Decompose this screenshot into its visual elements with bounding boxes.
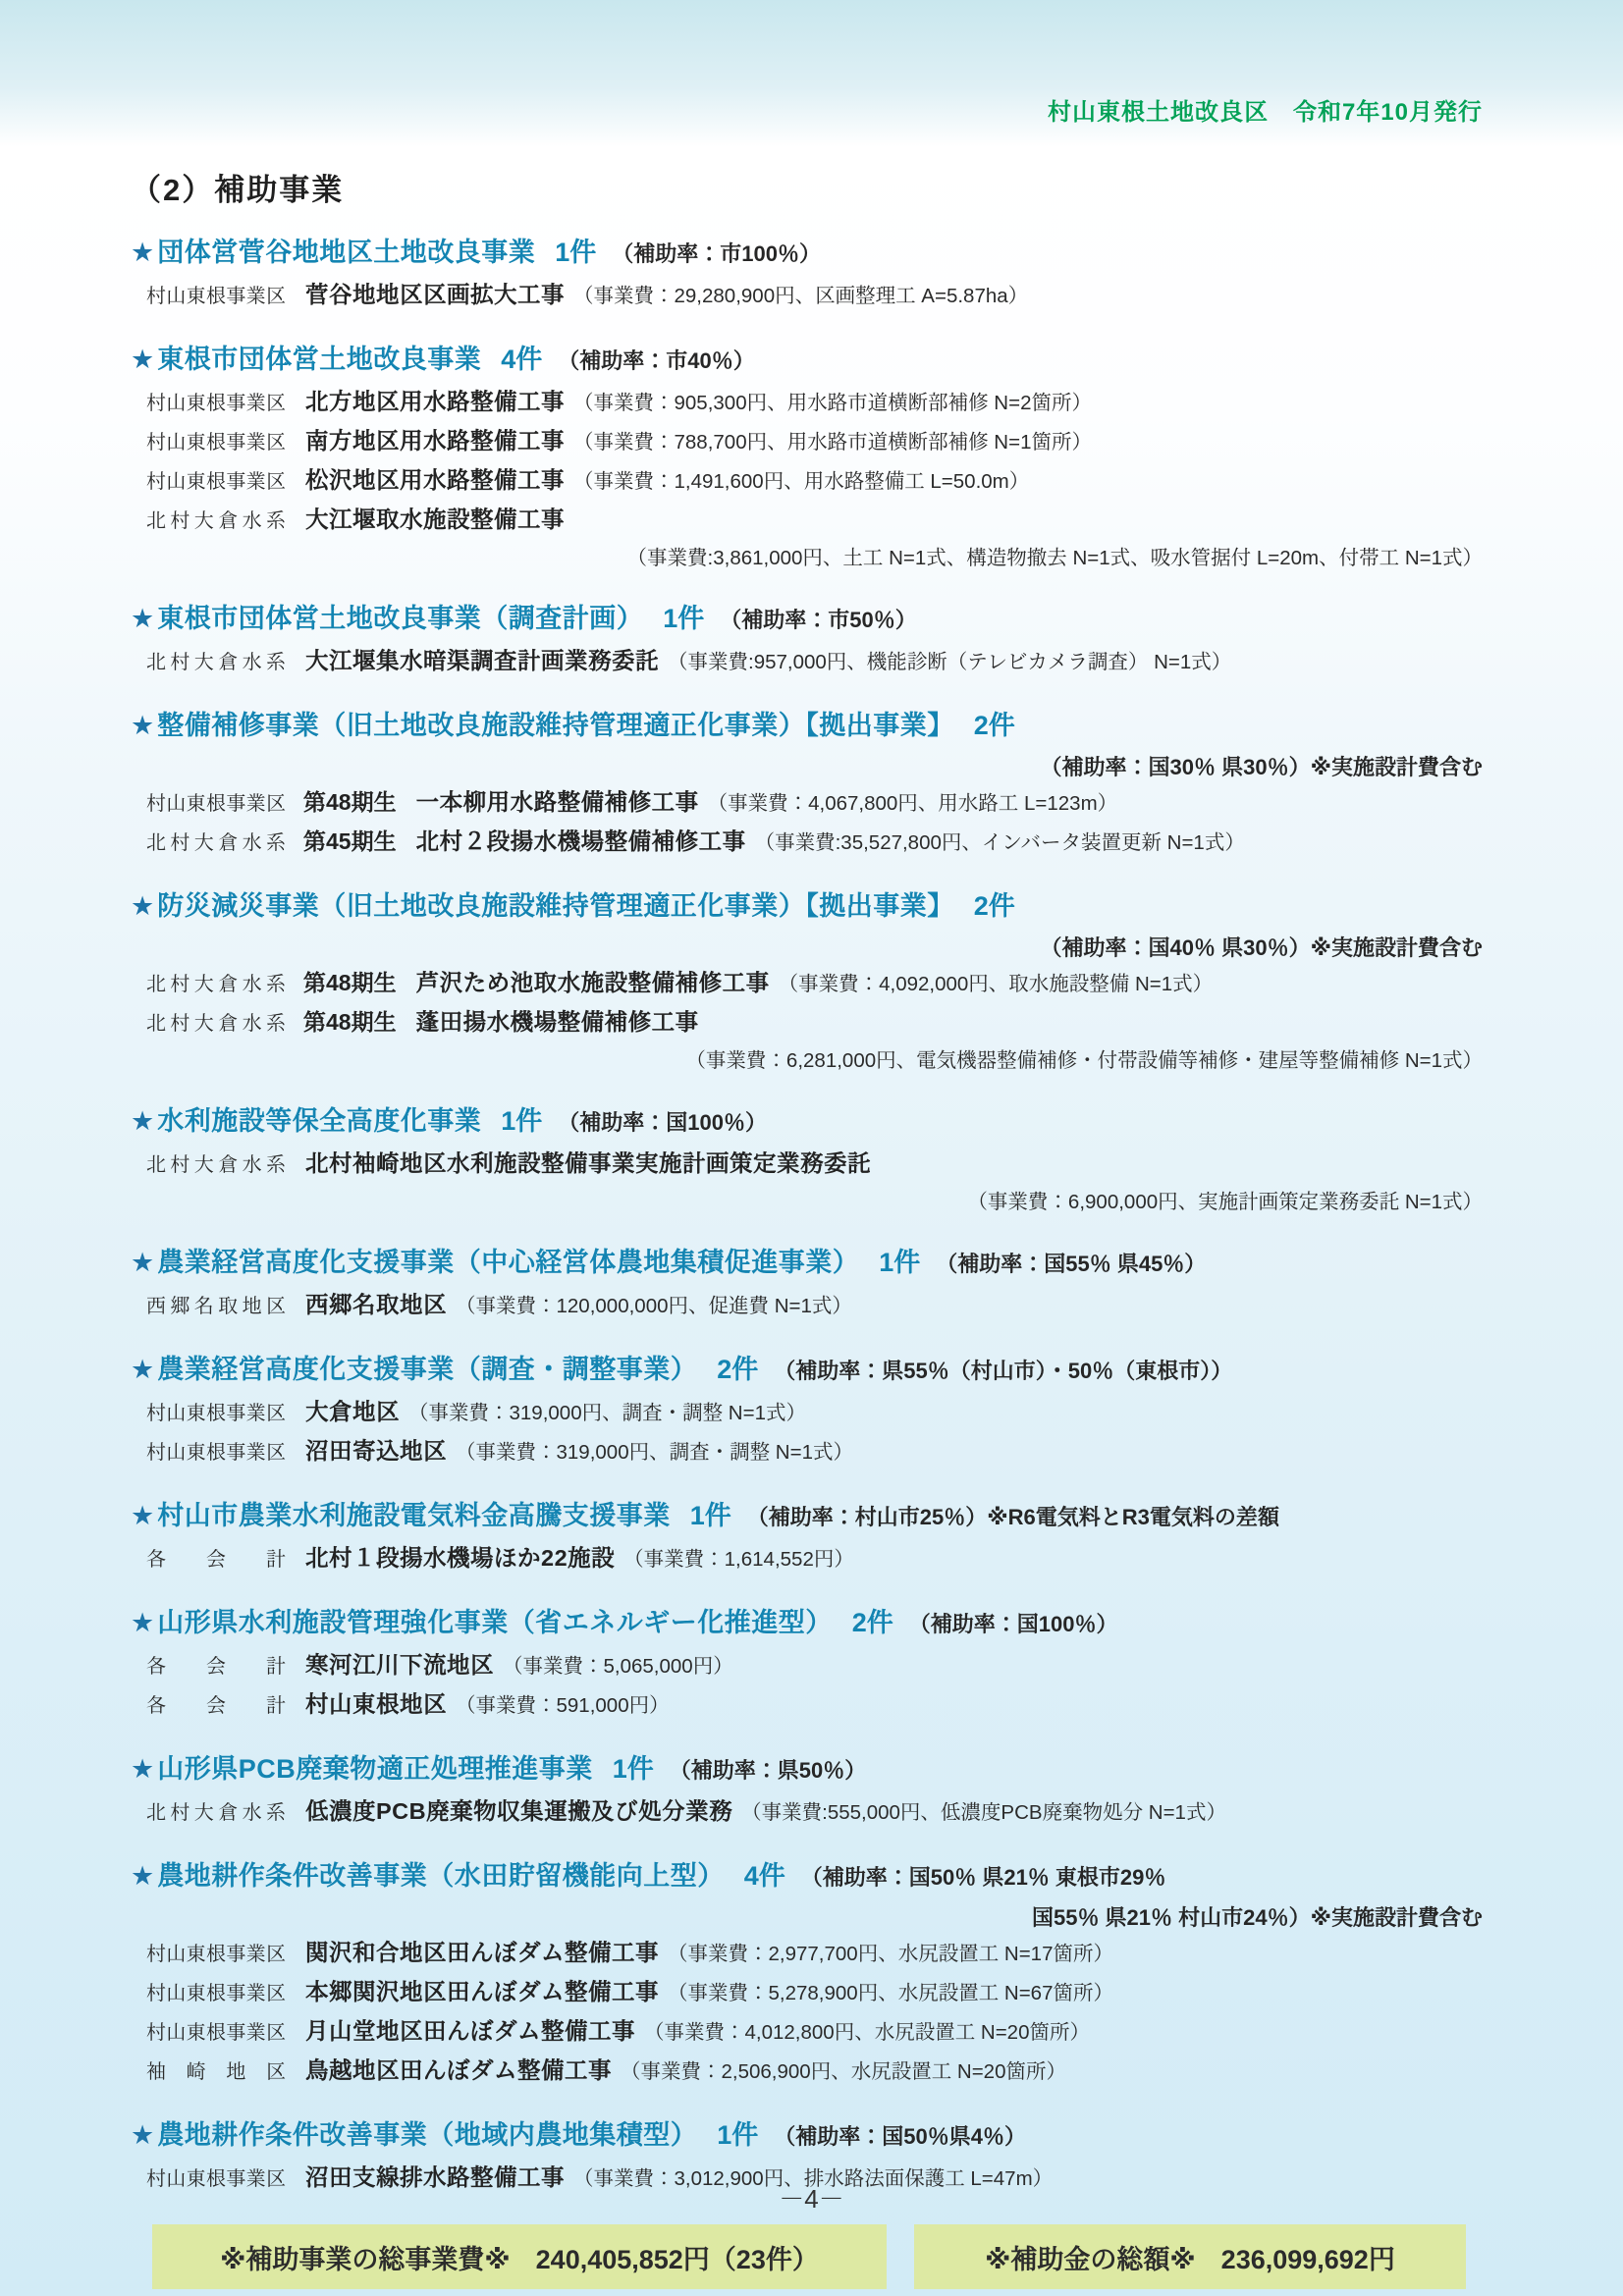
project-detail: （事業費：591,000円） — [456, 1694, 670, 1717]
section-rate: （補助率：国100％） — [909, 1612, 1118, 1636]
subsidy-section: ★村山市農業水利施設電気料金高騰支援事業1件（補助率：村山市25％）※R6電気料… — [131, 1496, 1483, 1579]
project-detail-line: （事業費:3,861,000円、土工 N=1式、構造物撤去 N=1式、吸水管据付… — [131, 541, 1483, 575]
subsidy-section: ★団体営菅谷地地区土地改良事業1件（補助率：市100％） 村山東根事業区菅谷地地… — [131, 233, 1483, 316]
section-header: ★東根市団体営土地改良事業4件（補助率：市40％） — [131, 340, 1483, 384]
section-count: 1件 — [555, 238, 596, 267]
star-icon: ★ — [131, 1501, 154, 1530]
row-label: 北村大倉水系 — [146, 504, 286, 539]
section-rate-line2: 国55％ 県21％ 村山市24％）※実施設計費含む — [131, 1900, 1483, 1935]
star-icon: ★ — [131, 1106, 154, 1136]
row-label: 村山東根事業区 — [146, 1396, 286, 1431]
section-count: 1件 — [690, 1501, 731, 1530]
total-cost-value: 240,405,852円（23件） — [536, 2238, 819, 2276]
row-label: 各会計 — [146, 1649, 286, 1684]
totals-row: ※補助事業の総事業費※ 240,405,852円（23件） ※補助金の総額※ 2… — [152, 2224, 1483, 2289]
project-detail: （事業費：4,012,800円、水尻設置工 N=20箇所） — [644, 2021, 1090, 2044]
project-name: 鳥越地区田んぼダム整備工事 — [305, 2057, 612, 2083]
project-detail-line: （事業費：6,281,000円、電気機器整備補修・付帯設備等補修・建屋等整備補修… — [131, 1043, 1483, 1078]
row-label: 村山東根事業区 — [146, 425, 286, 460]
project-detail: （事業費:957,000円、機能診断（テレビカメラ調査） N=1式） — [668, 651, 1231, 673]
project-row: 北村大倉水系大江堰取水施設整備工事 — [131, 502, 1483, 541]
total-cost-label: ※補助事業の総事業費※ — [220, 2238, 511, 2276]
section-rate: （補助率：市50％） — [720, 608, 916, 632]
project-row: 北村大倉水系第48期生芦沢ため池取水施設整備補修工事（事業費：4,092,000… — [131, 965, 1483, 1004]
star-icon: ★ — [131, 1355, 154, 1384]
row-label: 村山東根事業区 — [146, 1976, 286, 2011]
row-label: 村山東根事業区 — [146, 386, 286, 421]
star-icon: ★ — [131, 1248, 154, 1277]
project-name: 大江堰取水施設整備工事 — [305, 507, 565, 532]
total-cost-box: ※補助事業の総事業費※ 240,405,852円（23件） — [152, 2224, 887, 2289]
section-rate: （補助率：国50％県4％） — [774, 2124, 1026, 2149]
row-label: 袖崎地区 — [146, 2055, 286, 2090]
section-rate-line2: （補助率：国30％ 県30％）※実施設計費含む — [131, 750, 1483, 784]
row-label: 北村大倉水系 — [146, 967, 286, 1002]
section-header: ★農地耕作条件改善事業（水田貯留機能向上型）4件（補助率：国50％ 県21％ 東… — [131, 1856, 1483, 1900]
project-name: 一本柳用水路整備補修工事 — [416, 789, 699, 815]
star-icon: ★ — [131, 711, 154, 740]
section-count: 4件 — [744, 1861, 785, 1891]
row-label: 村山東根事業区 — [146, 279, 286, 314]
project-detail: （事業費：788,700円、用水路市道横断部補修 N=1箇所） — [573, 431, 1092, 454]
project-row: 村山東根事業区沼田寄込地区（事業費：319,000円、調査・調整 N=1式） — [131, 1433, 1483, 1472]
newsletter-page: { "page": { "publisher_line": "村山東根土地改良区… — [0, 0, 1623, 2296]
row-label: 村山東根事業区 — [146, 786, 286, 822]
subsidy-section: ★山形県PCB廃棄物適正処理推進事業1件（補助率：県50％） 北村大倉水系低濃度… — [131, 1749, 1483, 1833]
section-header: ★水利施設等保全高度化事業1件（補助率：国100％） — [131, 1101, 1483, 1146]
publisher-line: 村山東根土地改良区 令和7年10月発行 — [1048, 92, 1483, 127]
star-icon: ★ — [131, 345, 154, 374]
subsidy-section: ★防災減災事業（旧土地改良施設維持管理適正化事業）【拠出事業】2件 （補助率：国… — [131, 886, 1483, 1078]
project-name: 南方地区用水路整備工事 — [305, 428, 565, 454]
project-detail-line: （事業費：6,900,000円、実施計画策定業務委託 N=1式） — [131, 1185, 1483, 1219]
section-count: 1件 — [879, 1248, 920, 1277]
project-row: 各会計村山東根地区（事業費：591,000円） — [131, 1686, 1483, 1726]
project-name: 菅谷地地区区画拡大工事 — [305, 282, 565, 307]
project-row: 西郷名取地区西郷名取地区（事業費：120,000,000円、促進費 N=1式） — [131, 1287, 1483, 1326]
star-icon: ★ — [131, 1754, 154, 1784]
row-label: 村山東根事業区 — [146, 2015, 286, 2051]
star-icon: ★ — [131, 2120, 154, 2150]
row-label: 各会計 — [146, 1542, 286, 1577]
project-name: 村山東根地区 — [305, 1691, 447, 1717]
project-row: 村山東根事業区菅谷地地区区画拡大工事（事業費：29,280,900円、区画整理工… — [131, 277, 1483, 316]
project-name: 芦沢ため池取水施設整備補修工事 — [416, 970, 770, 995]
project-name: 北方地区用水路整備工事 — [305, 389, 565, 414]
project-row: 北村大倉水系大江堰集水暗渠調査計画業務委託（事業費:957,000円、機能診断（… — [131, 643, 1483, 682]
subsidy-section: ★東根市団体営土地改良事業（調査計画）1件（補助率：市50％） 北村大倉水系大江… — [131, 599, 1483, 682]
project-name: 寒河江川下流地区 — [305, 1652, 494, 1678]
row-label: 北村大倉水系 — [146, 645, 286, 680]
project-name: 関沢和合地区田んぼダム整備工事 — [305, 1940, 659, 1965]
project-detail: （事業費：319,000円、調査・調整 N=1式） — [456, 1441, 853, 1464]
section-title: 農業経営高度化支援事業（中心経営体農地集積促進事業） — [157, 1248, 859, 1277]
row-label: 村山東根事業区 — [146, 1435, 286, 1470]
project-name: 大倉地区 — [305, 1399, 400, 1424]
project-detail: （事業費：5,065,000円） — [503, 1655, 733, 1678]
project-name: 月山堂地区田んぼダム整備工事 — [305, 2018, 635, 2044]
section-rate-line2: （補助率：国40％ 県30％）※実施設計費含む — [131, 931, 1483, 965]
section-rate: （補助率：県55％（村山市）・50％（東根市）） — [774, 1359, 1232, 1383]
section-title: 村山市農業水利施設電気料金高騰支援事業 — [157, 1501, 671, 1530]
term-label: 第45期生 — [303, 828, 397, 854]
project-detail: （事業費：5,278,900円、水尻設置工 N=67箇所） — [668, 1982, 1113, 2004]
project-detail: （事業費：120,000,000円、促進費 N=1式） — [456, 1295, 852, 1317]
section-header: ★山形県水利施設管理強化事業（省エネルギー化推進型）2件（補助率：国100％） — [131, 1603, 1483, 1647]
subsidy-section: ★東根市団体営土地改良事業4件（補助率：市40％） 村山東根事業区北方地区用水路… — [131, 340, 1483, 575]
row-label: 西郷名取地区 — [146, 1289, 286, 1324]
subsidy-section: ★農地耕作条件改善事業（水田貯留機能向上型）4件（補助率：国50％ 県21％ 東… — [131, 1856, 1483, 2092]
section-rate: （補助率：国50％ 県21％ 東根市29％ — [801, 1865, 1166, 1890]
star-icon: ★ — [131, 604, 154, 633]
project-row: 北村大倉水系第45期生北村２段揚水機場整備補修工事（事業費:35,527,800… — [131, 824, 1483, 863]
project-row: 村山東根事業区大倉地区（事業費：319,000円、調査・調整 N=1式） — [131, 1394, 1483, 1433]
subsidy-section: ★農業経営高度化支援事業（調査・調整事業）2件（補助率：県55％（村山市）・50… — [131, 1350, 1483, 1472]
section-count: 1件 — [717, 2120, 758, 2150]
project-name: 大江堰集水暗渠調査計画業務委託 — [305, 648, 659, 673]
project-row: 各会計寒河江川下流地区（事業費：5,065,000円） — [131, 1647, 1483, 1686]
section-title: 防災減災事業（旧土地改良施設維持管理適正化事業）【拠出事業】 — [157, 891, 954, 921]
section-count: 1件 — [613, 1754, 654, 1784]
project-detail: （事業費:555,000円、低濃度PCB廃棄物処分 N=1式） — [741, 1801, 1226, 1824]
star-icon: ★ — [131, 1608, 154, 1637]
project-detail: （事業費：29,280,900円、区画整理工 A=5.87ha） — [573, 285, 1028, 307]
section-header: ★防災減災事業（旧土地改良施設維持管理適正化事業）【拠出事業】2件 — [131, 886, 1483, 931]
section-title: 山形県水利施設管理強化事業（省エネルギー化推進型） — [157, 1608, 833, 1637]
section-title: 山形県PCB廃棄物適正処理推進事業 — [157, 1754, 593, 1784]
section-count: 1件 — [501, 1106, 542, 1136]
total-subsidy-label: ※補助金の総額※ — [985, 2238, 1196, 2276]
section-count: 4件 — [501, 345, 542, 374]
section-title: 農地耕作条件改善事業（水田貯留機能向上型） — [157, 1861, 725, 1891]
subsidy-section: ★水利施設等保全高度化事業1件（補助率：国100％） 北村大倉水系北村袖崎地区水… — [131, 1101, 1483, 1219]
star-icon: ★ — [131, 238, 154, 267]
project-name: 沼田寄込地区 — [305, 1438, 447, 1464]
section-title: 整備補修事業（旧土地改良施設維持管理適正化事業）【拠出事業】 — [157, 711, 954, 740]
section-title: 東根市団体営土地改良事業 — [157, 345, 481, 374]
project-detail: （事業費：4,067,800円、用水路工 L=123m） — [708, 792, 1118, 815]
section-header: ★団体営菅谷地地区土地改良事業1件（補助率：市100％） — [131, 233, 1483, 277]
section-rate: （補助率：村山市25％）※R6電気料とR3電気料の差額 — [747, 1505, 1279, 1529]
section-header: ★整備補修事業（旧土地改良施設維持管理適正化事業）【拠出事業】2件 — [131, 706, 1483, 750]
row-label: 北村大倉水系 — [146, 1006, 286, 1041]
section-count: 2件 — [974, 711, 1015, 740]
project-name: 北村袖崎地区水利施設整備事業実施計画策定業務委託 — [305, 1150, 871, 1176]
project-detail: （事業費：2,977,700円、水尻設置工 N=17箇所） — [668, 1943, 1113, 1965]
project-row: 北村大倉水系北村袖崎地区水利施設整備事業実施計画策定業務委託 — [131, 1146, 1483, 1185]
project-row: 北村大倉水系低濃度PCB廃棄物収集運搬及び処分業務（事業費:555,000円、低… — [131, 1793, 1483, 1833]
section-rate: （補助率：県50％） — [670, 1758, 866, 1783]
section-title: 団体営菅谷地地区土地改良事業 — [157, 238, 535, 267]
row-label: 村山東根事業区 — [146, 464, 286, 500]
project-name: 蓬田揚水機場整備補修工事 — [416, 1009, 699, 1035]
section-rate: （補助率：市100％） — [612, 241, 821, 266]
project-row: 北村大倉水系第48期生蓬田揚水機場整備補修工事 — [131, 1004, 1483, 1043]
total-subsidy-value: 236,099,692円 — [1221, 2238, 1395, 2276]
project-row: 村山東根事業区月山堂地区田んぼダム整備工事（事業費：4,012,800円、水尻設… — [131, 2013, 1483, 2053]
term-label: 第48期生 — [303, 789, 397, 815]
project-name: 北村１段揚水機場ほか22施設 — [305, 1545, 615, 1571]
section-count: 1件 — [663, 604, 704, 633]
page-title: （2）補助事業 — [131, 165, 1483, 209]
section-title: 水利施設等保全高度化事業 — [157, 1106, 481, 1136]
project-name: 本郷関沢地区田んぼダム整備工事 — [305, 1979, 659, 2004]
row-label: 北村大倉水系 — [146, 826, 286, 861]
term-label: 第48期生 — [303, 970, 397, 995]
project-row: 袖崎地区鳥越地区田んぼダム整備工事（事業費：2,506,900円、水尻設置工 N… — [131, 2053, 1483, 2092]
section-count: 2件 — [717, 1355, 758, 1384]
star-icon: ★ — [131, 891, 154, 921]
section-header: ★東根市団体営土地改良事業（調査計画）1件（補助率：市50％） — [131, 599, 1483, 643]
term-label: 第48期生 — [303, 1009, 397, 1035]
project-name: 松沢地区用水路整備工事 — [305, 467, 565, 493]
project-name: 低濃度PCB廃棄物収集運搬及び処分業務 — [305, 1798, 732, 1824]
project-row: 村山東根事業区松沢地区用水路整備工事（事業費：1,491,600円、用水路整備工… — [131, 462, 1483, 502]
subsidy-section: ★農業経営高度化支援事業（中心経営体農地集積促進事業）1件（補助率：国55％ 県… — [131, 1243, 1483, 1326]
section-header: ★山形県PCB廃棄物適正処理推進事業1件（補助率：県50％） — [131, 1749, 1483, 1793]
section-rate: （補助率：国100％） — [558, 1110, 767, 1135]
section-title: 東根市団体営土地改良事業（調査計画） — [157, 604, 643, 633]
project-row: 村山東根事業区第48期生一本柳用水路整備補修工事（事業費：4,067,800円、… — [131, 784, 1483, 824]
project-detail: （事業費：4,092,000円、取水施設整備 N=1式） — [779, 973, 1214, 995]
project-row: 村山東根事業区北方地区用水路整備工事（事業費：905,300円、用水路市道横断部… — [131, 384, 1483, 423]
section-rate: （補助率：市40％） — [558, 348, 754, 373]
subsidy-section: ★整備補修事業（旧土地改良施設維持管理適正化事業）【拠出事業】2件 （補助率：国… — [131, 706, 1483, 863]
page-number: －4－ — [0, 2179, 1623, 2216]
section-header: ★農業経営高度化支援事業（中心経営体農地集積促進事業）1件（補助率：国55％ 県… — [131, 1243, 1483, 1287]
project-row: 村山東根事業区南方地区用水路整備工事（事業費：788,700円、用水路市道横断部… — [131, 423, 1483, 462]
project-name: 北村２段揚水機場整備補修工事 — [416, 828, 746, 854]
row-label: 北村大倉水系 — [146, 1148, 286, 1183]
project-detail: （事業費：905,300円、用水路市道横断部補修 N=2箇所） — [573, 392, 1092, 414]
total-subsidy-box: ※補助金の総額※ 236,099,692円 — [914, 2224, 1466, 2289]
project-detail: （事業費：319,000円、調査・調整 N=1式） — [408, 1402, 806, 1424]
section-header: ★農地耕作条件改善事業（地域内農地集積型）1件（補助率：国50％県4％） — [131, 2115, 1483, 2160]
project-detail: （事業費：1,491,600円、用水路整備工 L=50.0m） — [573, 470, 1029, 493]
section-header: ★村山市農業水利施設電気料金高騰支援事業1件（補助率：村山市25％）※R6電気料… — [131, 1496, 1483, 1540]
section-count: 2件 — [852, 1608, 893, 1637]
row-label: 村山東根事業区 — [146, 1937, 286, 1972]
project-detail: （事業費：2,506,900円、水尻設置工 N=20箇所） — [621, 2060, 1066, 2083]
section-rate: （補助率：国55％ 県45％） — [936, 1252, 1206, 1276]
section-count: 2件 — [974, 891, 1015, 921]
project-row: 村山東根事業区本郷関沢地区田んぼダム整備工事（事業費：5,278,900円、水尻… — [131, 1974, 1483, 2013]
section-title: 農業経営高度化支援事業（調査・調整事業） — [157, 1355, 697, 1384]
project-detail: （事業費:35,527,800円、インバータ装置更新 N=1式） — [755, 831, 1245, 854]
project-name: 西郷名取地区 — [305, 1292, 447, 1317]
row-label: 各会計 — [146, 1688, 286, 1724]
project-row: 各会計北村１段揚水機場ほか22施設（事業費：1,614,552円） — [131, 1540, 1483, 1579]
project-row: 村山東根事業区関沢和合地区田んぼダム整備工事（事業費：2,977,700円、水尻… — [131, 1935, 1483, 1974]
row-label: 北村大倉水系 — [146, 1795, 286, 1831]
subsidy-section: ★山形県水利施設管理強化事業（省エネルギー化推進型）2件（補助率：国100％） … — [131, 1603, 1483, 1726]
project-detail: （事業費：1,614,552円） — [623, 1548, 854, 1571]
page-content: （2）補助事業 ★団体営菅谷地地区土地改良事業1件（補助率：市100％） 村山東… — [131, 0, 1483, 2289]
section-header: ★農業経営高度化支援事業（調査・調整事業）2件（補助率：県55％（村山市）・50… — [131, 1350, 1483, 1394]
star-icon: ★ — [131, 1861, 154, 1891]
section-title: 農地耕作条件改善事業（地域内農地集積型） — [157, 2120, 697, 2150]
